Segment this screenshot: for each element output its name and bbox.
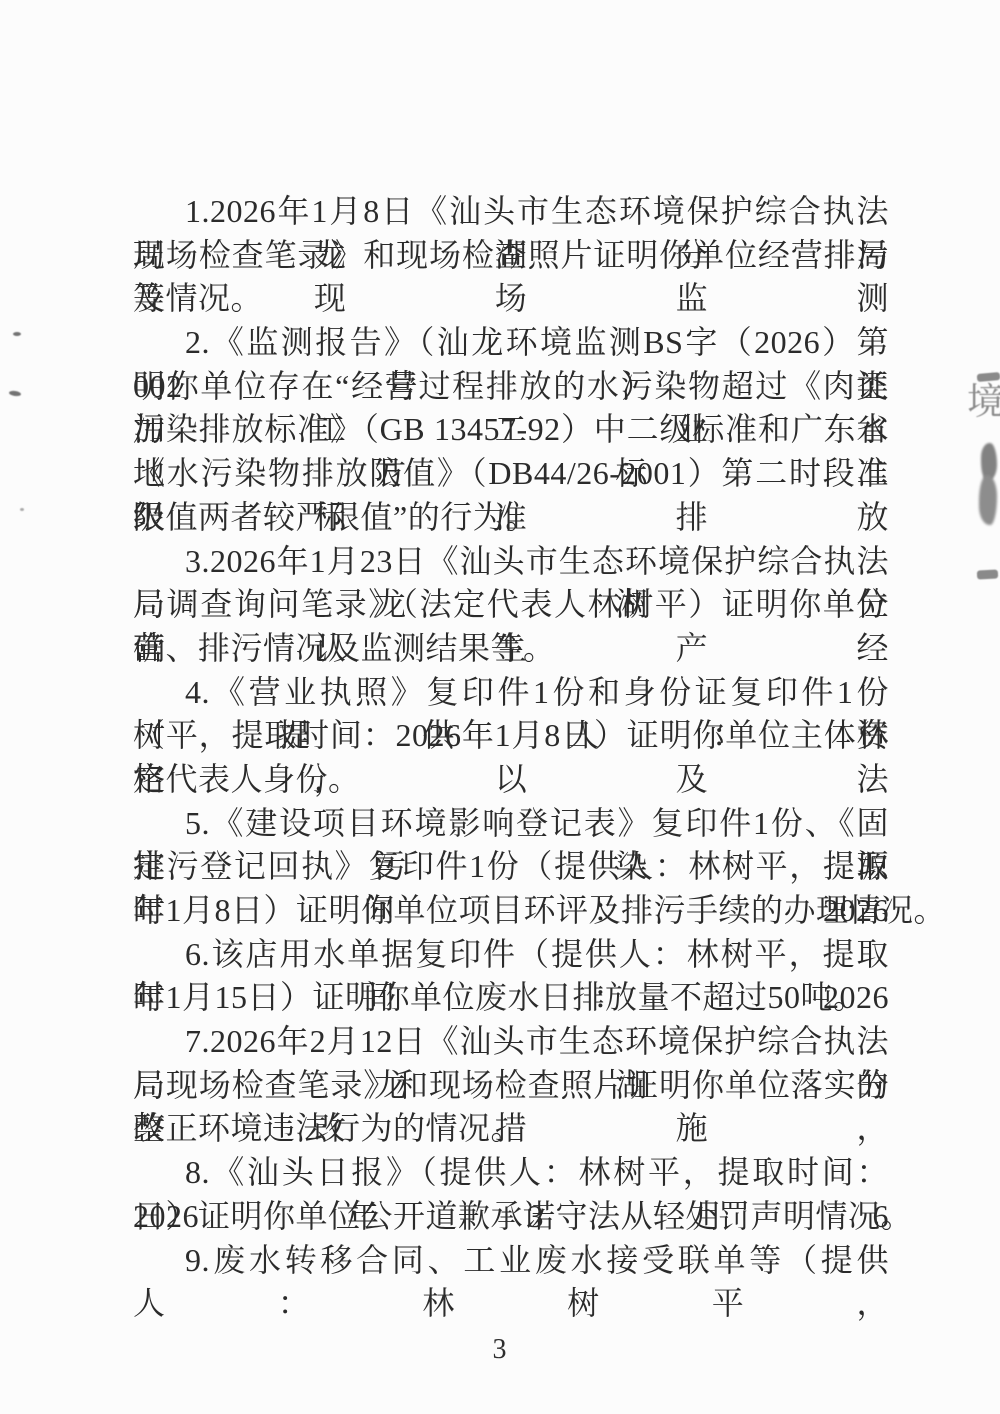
scan-artifact-speck <box>20 508 24 511</box>
text-line: 现场检查笔录》和现场检查照片证明你单位经营排污及现场监测 <box>133 234 889 278</box>
text-line: 7.2026年2月12日《汕头市生态环境保护综合执法局龙湖分 <box>133 1020 889 1064</box>
paragraph: 7.2026年2月12日《汕头市生态环境保护综合执法局龙湖分局现场检查笔录》和现… <box>133 1020 889 1151</box>
seal-fragment-smudge <box>979 443 999 525</box>
seal-fragment-dash-bottom <box>977 569 998 579</box>
seal-fragment-character: 境 <box>967 383 1000 423</box>
scan-artifact-speck <box>9 390 22 397</box>
paragraph: 6.该店用水单据复印件（提供人：林树平，提取时间：2026年1月15日）证明你单… <box>133 933 889 1020</box>
text-line: 局现场检查笔录》和现场检查照片证明你单位落实的整改措施， <box>133 1064 889 1108</box>
text-line: 年1月15日）证明你单位废水日排放量不超过50吨。 <box>133 976 889 1020</box>
paragraph: 4.《营业执照》复印件1份和身份证复印件1份（提供人：林树平，提取时间：2026… <box>133 671 889 802</box>
text-line: 9.废水转移合同、工业废水接受联单等（提供人：林树平， <box>133 1239 889 1283</box>
seal-smudge-blob <box>979 475 997 525</box>
text-line: 1.2026年1月8日《汕头市生态环境保护综合执法局龙湖分局 <box>133 190 889 234</box>
text-line: 8.《汕头日报》（提供人：林树平，提取时间：2026年3月6 <box>133 1151 889 1195</box>
paragraph: 1.2026年1月8日《汕头市生态环境保护综合执法局龙湖分局现场检查笔录》和现场… <box>133 190 889 321</box>
seal-fragment-dash-top <box>977 372 1000 382</box>
text-line: 局调查询问笔录》（法定代表人林树平）证明你单位确认生产经 <box>133 583 889 627</box>
text-line: 2.《监测报告》（汕龙环境监测BS字（2026）第002号）证 <box>133 321 889 365</box>
text-line: 4.《营业执照》复印件1份和身份证复印件1份（提供人：林 <box>133 671 889 715</box>
text-line: 年1月8日）证明你单位项目环评及排污手续的办理情况。 <box>133 889 889 933</box>
document-body: 1.2026年1月8日《汕头市生态环境保护综合执法局龙湖分局现场检查笔录》和现场… <box>133 190 889 1282</box>
text-line: 6.该店用水单据复印件（提供人：林树平，提取时间：2026 <box>133 933 889 977</box>
text-line: 日）证明你单位公开道歉承诺守法从轻处罚声明情况。 <box>133 1195 889 1239</box>
paragraph: 8.《汕头日报》（提供人：林树平，提取时间：2026年3月6日）证明你单位公开道… <box>133 1151 889 1238</box>
text-line: 排污登记回执》复印件1份（提供人：林树平，提取时间：2026 <box>133 845 889 889</box>
paragraph: 2.《监测报告》（汕龙环境监测BS字（2026）第002号）证明你单位存在“经营… <box>133 321 889 539</box>
scan-artifact-speck <box>13 332 21 336</box>
page-number: 3 <box>0 1334 1000 1366</box>
text-line: 3.2026年1月23日《汕头市生态环境保护综合执法局龙湖分 <box>133 540 889 584</box>
paragraph: 9.废水转移合同、工业废水接受联单等（提供人：林树平， <box>133 1239 889 1283</box>
paragraph: 5.《建设项目环境影响登记表》复印件1份、《固定污染源排污登记回执》复印件1份（… <box>133 802 889 933</box>
text-line: 《水污染物排放限值》（DB44/26-2001）第二时段二级标准排放 <box>133 452 889 496</box>
text-line: 明你单位存在“经营过程排放的水污染物超过《肉类加工工业水 <box>133 365 889 409</box>
paragraph: 3.2026年1月23日《汕头市生态环境保护综合执法局龙湖分局调查询问笔录》（法… <box>133 540 889 671</box>
text-line: 树平，提取时间：2026年1月8日）证明你单位主体资格，以及法 <box>133 714 889 758</box>
scanned-document-page: 1.2026年1月8日《汕头市生态环境保护综合执法局龙湖分局现场检查笔录》和现场… <box>0 0 1000 1414</box>
text-line: 污染排放标准》（GB 13457-92）中二级标准和广东省地方标准 <box>133 408 889 452</box>
text-line: 5.《建设项目环境影响登记表》复印件1份、《固定污染源 <box>133 802 889 846</box>
